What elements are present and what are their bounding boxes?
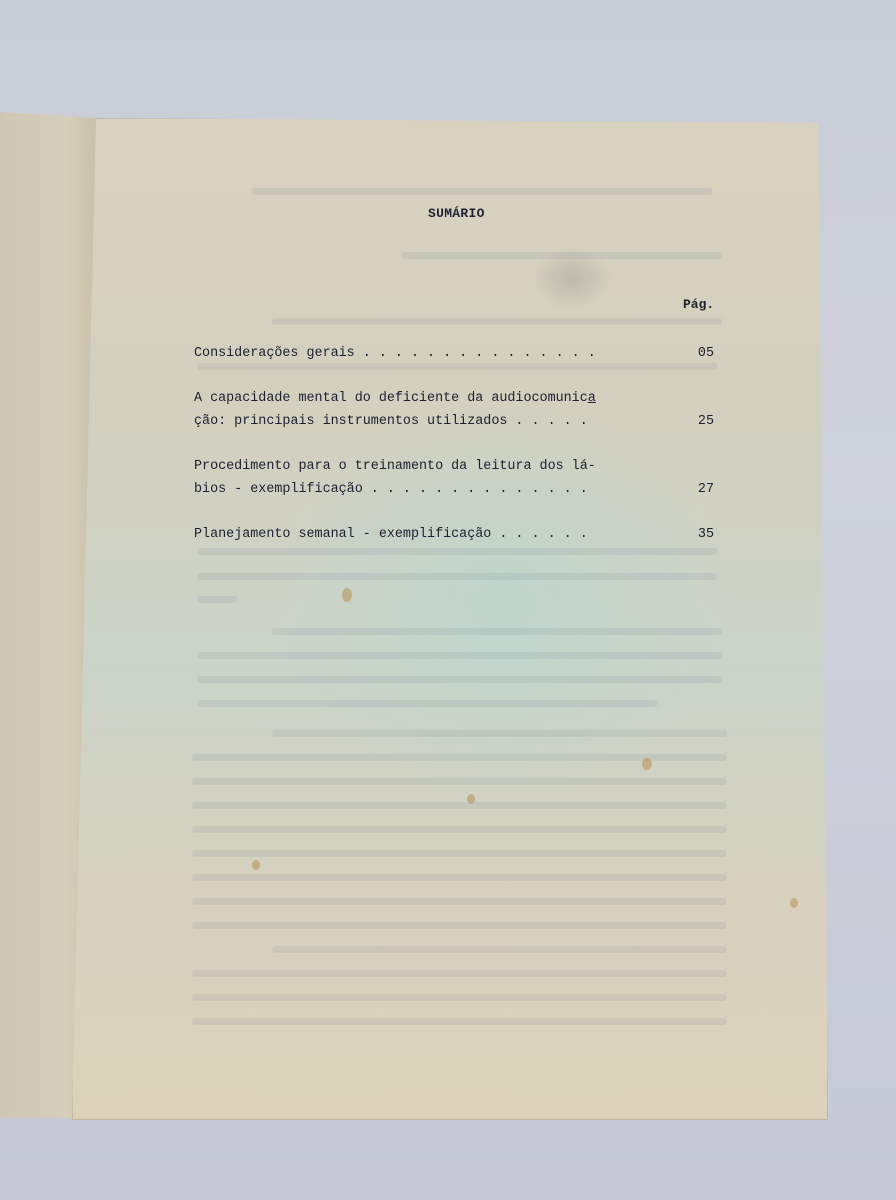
toc-entry: Procedimento para o treinamento da leitu… <box>194 455 714 501</box>
show-through-text <box>272 946 727 953</box>
toc-entry-title: Procedimento para o treinamento da leitu… <box>194 455 656 478</box>
show-through-text <box>192 802 727 809</box>
show-through-text <box>252 188 712 195</box>
show-through-text <box>192 1018 727 1025</box>
paper-stain <box>342 588 352 602</box>
show-through-text <box>197 596 237 603</box>
toc-entry: Considerações gerais . . . . . . . . . .… <box>194 342 714 365</box>
toc-entry-page: 27 <box>698 478 714 501</box>
table-of-contents: Considerações gerais . . . . . . . . . .… <box>194 342 714 568</box>
toc-entry: A capacidade mental do deficiente da aud… <box>194 387 714 433</box>
show-through-text <box>197 652 722 659</box>
show-through-text <box>197 700 657 707</box>
document-page <box>72 118 828 1120</box>
document-title: SUMÁRIO <box>428 206 485 221</box>
paper-stain <box>467 794 475 804</box>
show-through-text <box>272 628 722 635</box>
show-through-text <box>192 970 727 977</box>
show-through-text <box>192 826 727 833</box>
show-through-text <box>272 730 727 737</box>
show-through-text <box>272 318 722 325</box>
toc-entry-title: A capacidade mental do deficiente da aud… <box>194 387 656 410</box>
show-through-text <box>192 922 727 929</box>
page-column-header: Pág. <box>683 297 714 312</box>
toc-entry-page: 25 <box>698 410 714 433</box>
show-through-text <box>197 676 722 683</box>
toc-entry-title: Considerações gerais . . . . . . . . . .… <box>194 342 656 365</box>
show-through-text <box>197 573 717 580</box>
paper-stain <box>642 758 652 770</box>
toc-entry-title-continued: bios - exemplificação . . . . . . . . . … <box>194 478 656 501</box>
show-through-text <box>192 874 727 881</box>
toc-entry-title-continued: ção: principais instrumentos utilizados … <box>194 410 656 433</box>
toc-entry-page: 05 <box>698 342 714 365</box>
toc-entry-page: 35 <box>698 523 714 546</box>
show-through-text <box>192 778 727 785</box>
paper-stain <box>790 898 798 908</box>
underlined-letter: a <box>588 391 596 406</box>
show-through-text <box>192 898 727 905</box>
show-through-text <box>192 994 727 1001</box>
toc-entry-title: Planejamento semanal - exemplificação . … <box>194 523 656 546</box>
show-through-text <box>402 252 722 259</box>
paper-stain <box>252 860 260 870</box>
show-through-text <box>192 850 727 857</box>
toc-entry: Planejamento semanal - exemplificação . … <box>194 523 714 546</box>
